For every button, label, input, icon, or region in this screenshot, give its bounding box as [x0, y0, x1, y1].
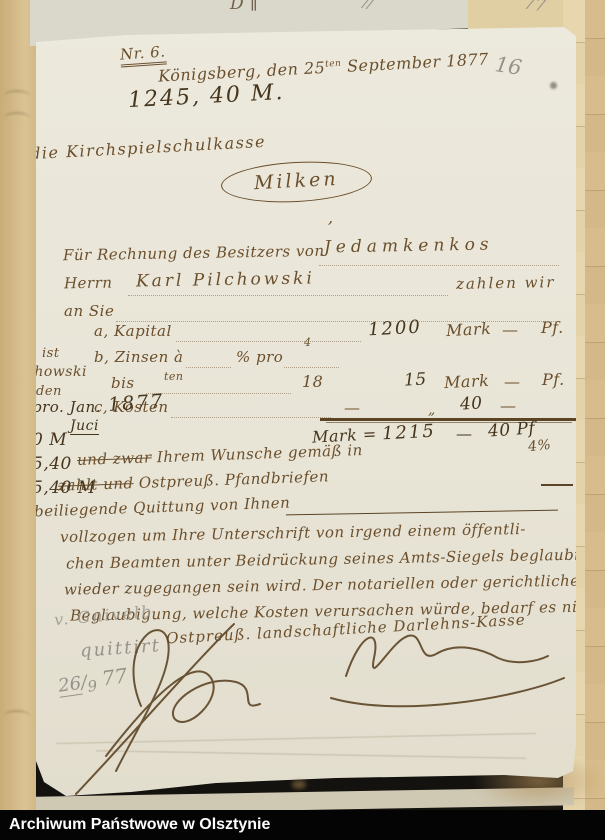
row-b-label: b, Zinsen à: [94, 348, 183, 366]
underlying-tan-page-left: [0, 0, 36, 812]
ink-spot: [550, 82, 557, 89]
pencil-page-number: 16: [493, 52, 523, 80]
faint-writing-mark: [4, 90, 30, 102]
row-b2-dash: —: [504, 372, 521, 391]
total-dash: —: [456, 424, 473, 443]
paragraph-line2-text: Ostpreuß. Pfandbriefen: [139, 467, 330, 492]
dash-rule: [541, 484, 573, 486]
document-page: Nr. 6. Königsberg, den 25ten September 1…: [36, 26, 576, 810]
fill-rule: [286, 510, 558, 516]
amount-heading: 1245, 40 M.: [127, 80, 285, 113]
row-a-pf: Pf.: [541, 318, 564, 337]
sum-rule-thin: [326, 422, 572, 423]
signatures-flourish: [46, 586, 576, 796]
row-b-mid: % pro: [236, 348, 283, 366]
row-a-unit: Mark: [446, 319, 492, 340]
sum-rule-thick: [320, 418, 576, 421]
body-line2-pre: Herrn: [64, 274, 113, 293]
archive-watermark-bar: Archiwum Państwowe w Olsztynie: [0, 810, 605, 840]
underlying-tan-page-right-dark: [585, 0, 605, 812]
row-a-value: 1200: [367, 317, 422, 341]
margin-note: 5,40: [32, 454, 72, 474]
paragraph-line5: chen Beamten unter Beidrückung seines Am…: [66, 545, 602, 572]
margin-note: ist: [42, 346, 60, 361]
dotted-leader: [128, 294, 448, 296]
paragraph-line2: zahlt und Ostpreuß. Pfandbriefen: [58, 467, 330, 494]
addressee-line: die Kirchspielschulkasse: [30, 132, 267, 163]
paragraph-line1: und zwar Ihrem Wunsche gemäß in: [77, 441, 363, 469]
stray-ink-mark: D ∥: [230, 0, 258, 14]
dotted-leader: [171, 416, 331, 418]
row-b2-value: 15: [403, 369, 427, 390]
paragraph-line4: vollzogen um Ihre Unterschrift von irgen…: [60, 520, 526, 546]
margin-note-date: pro. Jan.: [32, 398, 101, 416]
margin-note: Juci: [70, 418, 99, 435]
dotted-leader: [146, 392, 291, 394]
archival-photo: D ∥ ∕∕ 77 Nr. 6. Königsberg, den 25ten S…: [0, 0, 605, 840]
margin-note-year: 1877: [107, 390, 165, 416]
row-c-dash2: —: [500, 396, 517, 415]
body-line3: an Sie: [64, 302, 114, 320]
faint-writing-mark: [4, 112, 30, 124]
owner-estate-name: Jedamkenkos: [324, 235, 494, 258]
row-b2-sup: ten: [164, 370, 184, 383]
place-date-rest: September 1877: [341, 49, 489, 76]
body-line2-post: zahlen wir: [456, 273, 556, 293]
margin-note: den: [36, 384, 62, 399]
place-date-line: Königsberg, den 25ten September 1877: [158, 49, 490, 85]
row-c-value: 40: [459, 393, 483, 415]
dotted-leader: [319, 264, 559, 266]
dotted-leader: [176, 340, 361, 342]
body-line1-pre: Für Rechnung des Besitzers von: [63, 242, 325, 265]
paper-stain: [292, 780, 306, 789]
dotted-leader: [186, 366, 231, 368]
interest-rate-note: 4%: [527, 437, 552, 455]
flourish-comma: ,: [328, 208, 334, 227]
document-number-text: Nr. 6.: [119, 42, 166, 67]
place-name: Milken: [220, 158, 372, 206]
row-b2-unit: Mark: [444, 371, 490, 392]
row-a-dash: —: [502, 320, 519, 339]
debtor-name: Karl Pilchowski: [136, 268, 315, 291]
struck-words: und zwar: [77, 448, 152, 469]
row-c-ditto: „: [428, 402, 436, 418]
margin-note: 0 M: [32, 430, 67, 450]
signature-left-loops: [106, 671, 260, 756]
archive-watermark-label: Archiwum Państwowe w Olsztynie: [9, 816, 270, 833]
signature-left-diagonal: [76, 624, 234, 794]
row-a-label: a, Kapital: [94, 322, 172, 340]
row-b-superscript: 4: [304, 336, 312, 349]
margin-note: 5,40 M: [32, 478, 96, 498]
row-b2-pf: Pf.: [542, 370, 565, 389]
total-value: 1215: [381, 421, 436, 445]
row-b2-num: 18: [302, 372, 323, 391]
document-number: Nr. 6.: [119, 42, 166, 63]
row-b2-label: bis: [111, 374, 135, 392]
row-c-dash: —: [344, 398, 361, 417]
faint-writing-mark: [4, 710, 30, 722]
place-name-oval: Milken: [220, 158, 372, 206]
paragraph-line1-text: Ihrem Wunsche gemäß in: [157, 441, 364, 466]
signature-right-underline: [331, 678, 564, 706]
signature-right-stroke: [346, 635, 548, 676]
dotted-leader: [284, 366, 339, 368]
pencil-number-top-right: 77: [523, 0, 547, 16]
place-date-sup: ten: [325, 59, 342, 70]
